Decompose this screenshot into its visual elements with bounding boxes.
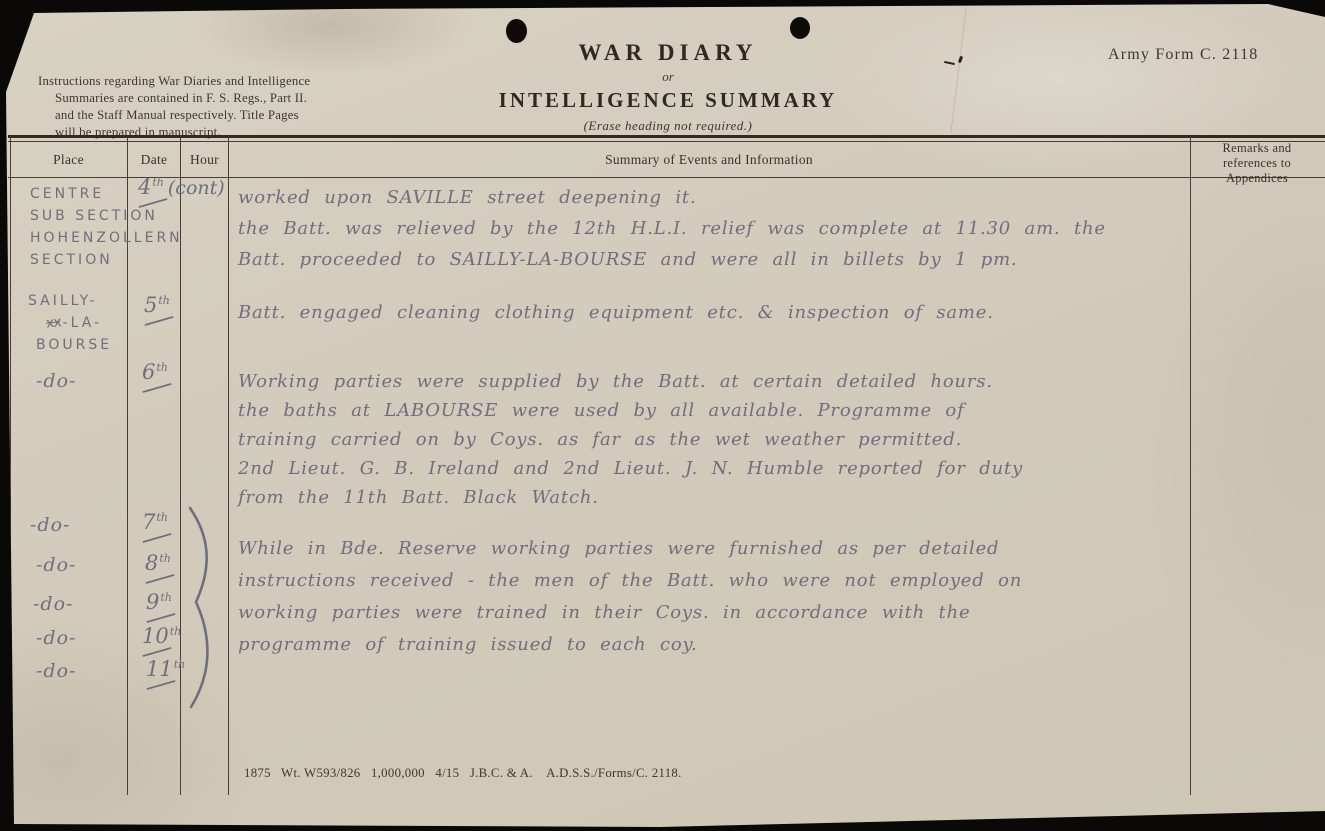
date-day: 10: [142, 624, 169, 648]
date-day: 6: [142, 360, 155, 384]
instructions-line: Instructions regarding War Diaries and I…: [38, 73, 378, 90]
summary-line: the Batt. was relieved by the 12th H.L.I…: [238, 213, 1106, 244]
form-title-note: (Erase heading not required.): [428, 118, 908, 134]
date-entry: 4th(cont): [138, 175, 225, 199]
date-underline: [142, 533, 171, 543]
table-top-rule: [8, 135, 1325, 138]
punch-hole-icon: [790, 17, 810, 39]
date-entry: 10th: [142, 624, 181, 648]
summary-entry: Batt. engaged cleaning clothing equipmen…: [238, 297, 994, 328]
date-day: 8: [145, 551, 158, 575]
col-header-remarks: Remarks and references to Appendices: [1192, 141, 1322, 185]
summary-line: worked upon SAVILLE street deepening it.: [238, 182, 1106, 213]
date-entry: 9th: [146, 590, 172, 614]
table-border-left: [10, 137, 11, 795]
form-title: WAR DIARY: [428, 40, 908, 66]
date-entry: 6th: [142, 360, 168, 384]
date-suffix: th: [156, 511, 168, 524]
col-divider-summary-remarks: [1190, 137, 1191, 795]
date-day: 4: [138, 175, 151, 199]
date-underline: [146, 613, 175, 623]
form-title-or: or: [428, 69, 908, 85]
place-line: BOURSE: [28, 334, 112, 356]
date-day: 9: [146, 590, 159, 614]
summary-line: 2nd Lieut. G. B. Ireland and 2nd Lieut. …: [238, 454, 1023, 483]
summary-line: working parties were trained in their Co…: [238, 597, 1022, 629]
summary-line: from the 11th Batt. Black Watch.: [238, 483, 1023, 512]
date-entry: 5th: [144, 293, 170, 317]
date-day: 5: [144, 293, 157, 317]
army-form-number: Army Form C. 2118: [1108, 46, 1258, 64]
date-suffix: th: [170, 625, 182, 638]
summary-line: Batt. engaged cleaning clothing equipmen…: [238, 297, 994, 328]
summary-entry: While in Bde. Reserve working parties we…: [238, 533, 1022, 661]
place-ditto: -do-: [36, 554, 76, 576]
table-top-rule-thin: [8, 141, 1325, 142]
place-ditto: -do-: [30, 514, 70, 536]
summary-line: While in Bde. Reserve working parties we…: [238, 533, 1022, 565]
date-suffix: th: [156, 361, 168, 374]
summary-line: the baths at LABOURSE were used by all a…: [238, 396, 1023, 425]
instructions-line: will be prepared in manuscript.: [38, 124, 378, 141]
place-ditto: -do-: [36, 627, 76, 649]
crossed-out-word: xx: [45, 311, 62, 334]
paper: Instructions regarding War Diaries and I…: [0, 0, 1325, 831]
date-entry: 8th: [145, 551, 171, 575]
date-entry: 7th: [142, 510, 168, 534]
summary-line: instructions received - the men of the B…: [238, 565, 1022, 597]
scan-background: Instructions regarding War Diaries and I…: [0, 0, 1325, 831]
grouping-brace: [184, 505, 220, 710]
date-underline: [146, 680, 175, 690]
place-ditto: -do-: [36, 370, 76, 392]
remarks-header-line: Remarks and: [1192, 141, 1322, 156]
date-suffix: th: [160, 591, 172, 604]
place-line: SAILLY-: [28, 290, 112, 312]
date-entry: 11th: [146, 657, 185, 681]
date-day: 11: [146, 657, 173, 681]
col-divider-hour-summary: [228, 137, 229, 795]
remarks-header-line: references to: [1192, 156, 1322, 171]
ink-smudge: [958, 56, 963, 64]
place-line: xx-LA-: [28, 312, 112, 334]
date-underline: [145, 574, 174, 584]
place-ditto: -do-: [36, 660, 76, 682]
instructions-line: Summaries are contained in F. S. Regs., …: [38, 90, 378, 107]
date-suffix: th: [159, 552, 171, 565]
printer-imprint: 1875 Wt. W593/826 1,000,000 4/15 J.B.C. …: [244, 766, 682, 781]
date-note: (cont): [168, 177, 225, 199]
remarks-header-line: Appendices: [1192, 171, 1322, 186]
ink-smudge: [944, 61, 955, 65]
form-subtitle: INTELLIGENCE SUMMARY: [428, 88, 908, 113]
place-line: HOHENZOLLERN: [30, 227, 183, 249]
form-title-block: WAR DIARY or INTELLIGENCE SUMMARY (Erase…: [428, 40, 908, 134]
col-header-hour: Hour: [181, 152, 228, 168]
place-line: SUB SECTION: [30, 205, 183, 227]
col-header-date: Date: [128, 152, 180, 168]
instructions-line: and the Staff Manual respectively. Title…: [38, 107, 378, 124]
date-day: 7: [142, 510, 155, 534]
summary-line: training carried on by Coys. as far as t…: [238, 425, 1023, 454]
date-suffix: th: [158, 294, 170, 307]
place-line: SECTION: [30, 249, 183, 271]
summary-entry: Working parties were supplied by the Bat…: [238, 367, 1023, 512]
date-underline: [144, 316, 173, 326]
place-line-text: -LA-: [63, 315, 103, 331]
summary-line: programme of training issued to each coy…: [238, 629, 1022, 661]
date-suffix: th: [152, 176, 164, 189]
place-ditto: -do-: [33, 593, 73, 615]
summary-line: Batt. proceeded to SAILLY-LA-BOURSE and …: [238, 244, 1106, 275]
col-header-summary: Summary of Events and Information: [228, 152, 1190, 168]
instructions-note: Instructions regarding War Diaries and I…: [38, 73, 378, 141]
date-underline: [142, 383, 171, 393]
date-underline: [142, 647, 171, 657]
paper-crease: [950, 8, 966, 132]
summary-line: Working parties were supplied by the Bat…: [238, 367, 1023, 396]
place-entry: SAILLY- xx-LA- BOURSE: [28, 290, 112, 356]
summary-entry: worked upon SAVILLE street deepening it.…: [238, 182, 1106, 275]
col-header-place: Place: [10, 152, 127, 168]
